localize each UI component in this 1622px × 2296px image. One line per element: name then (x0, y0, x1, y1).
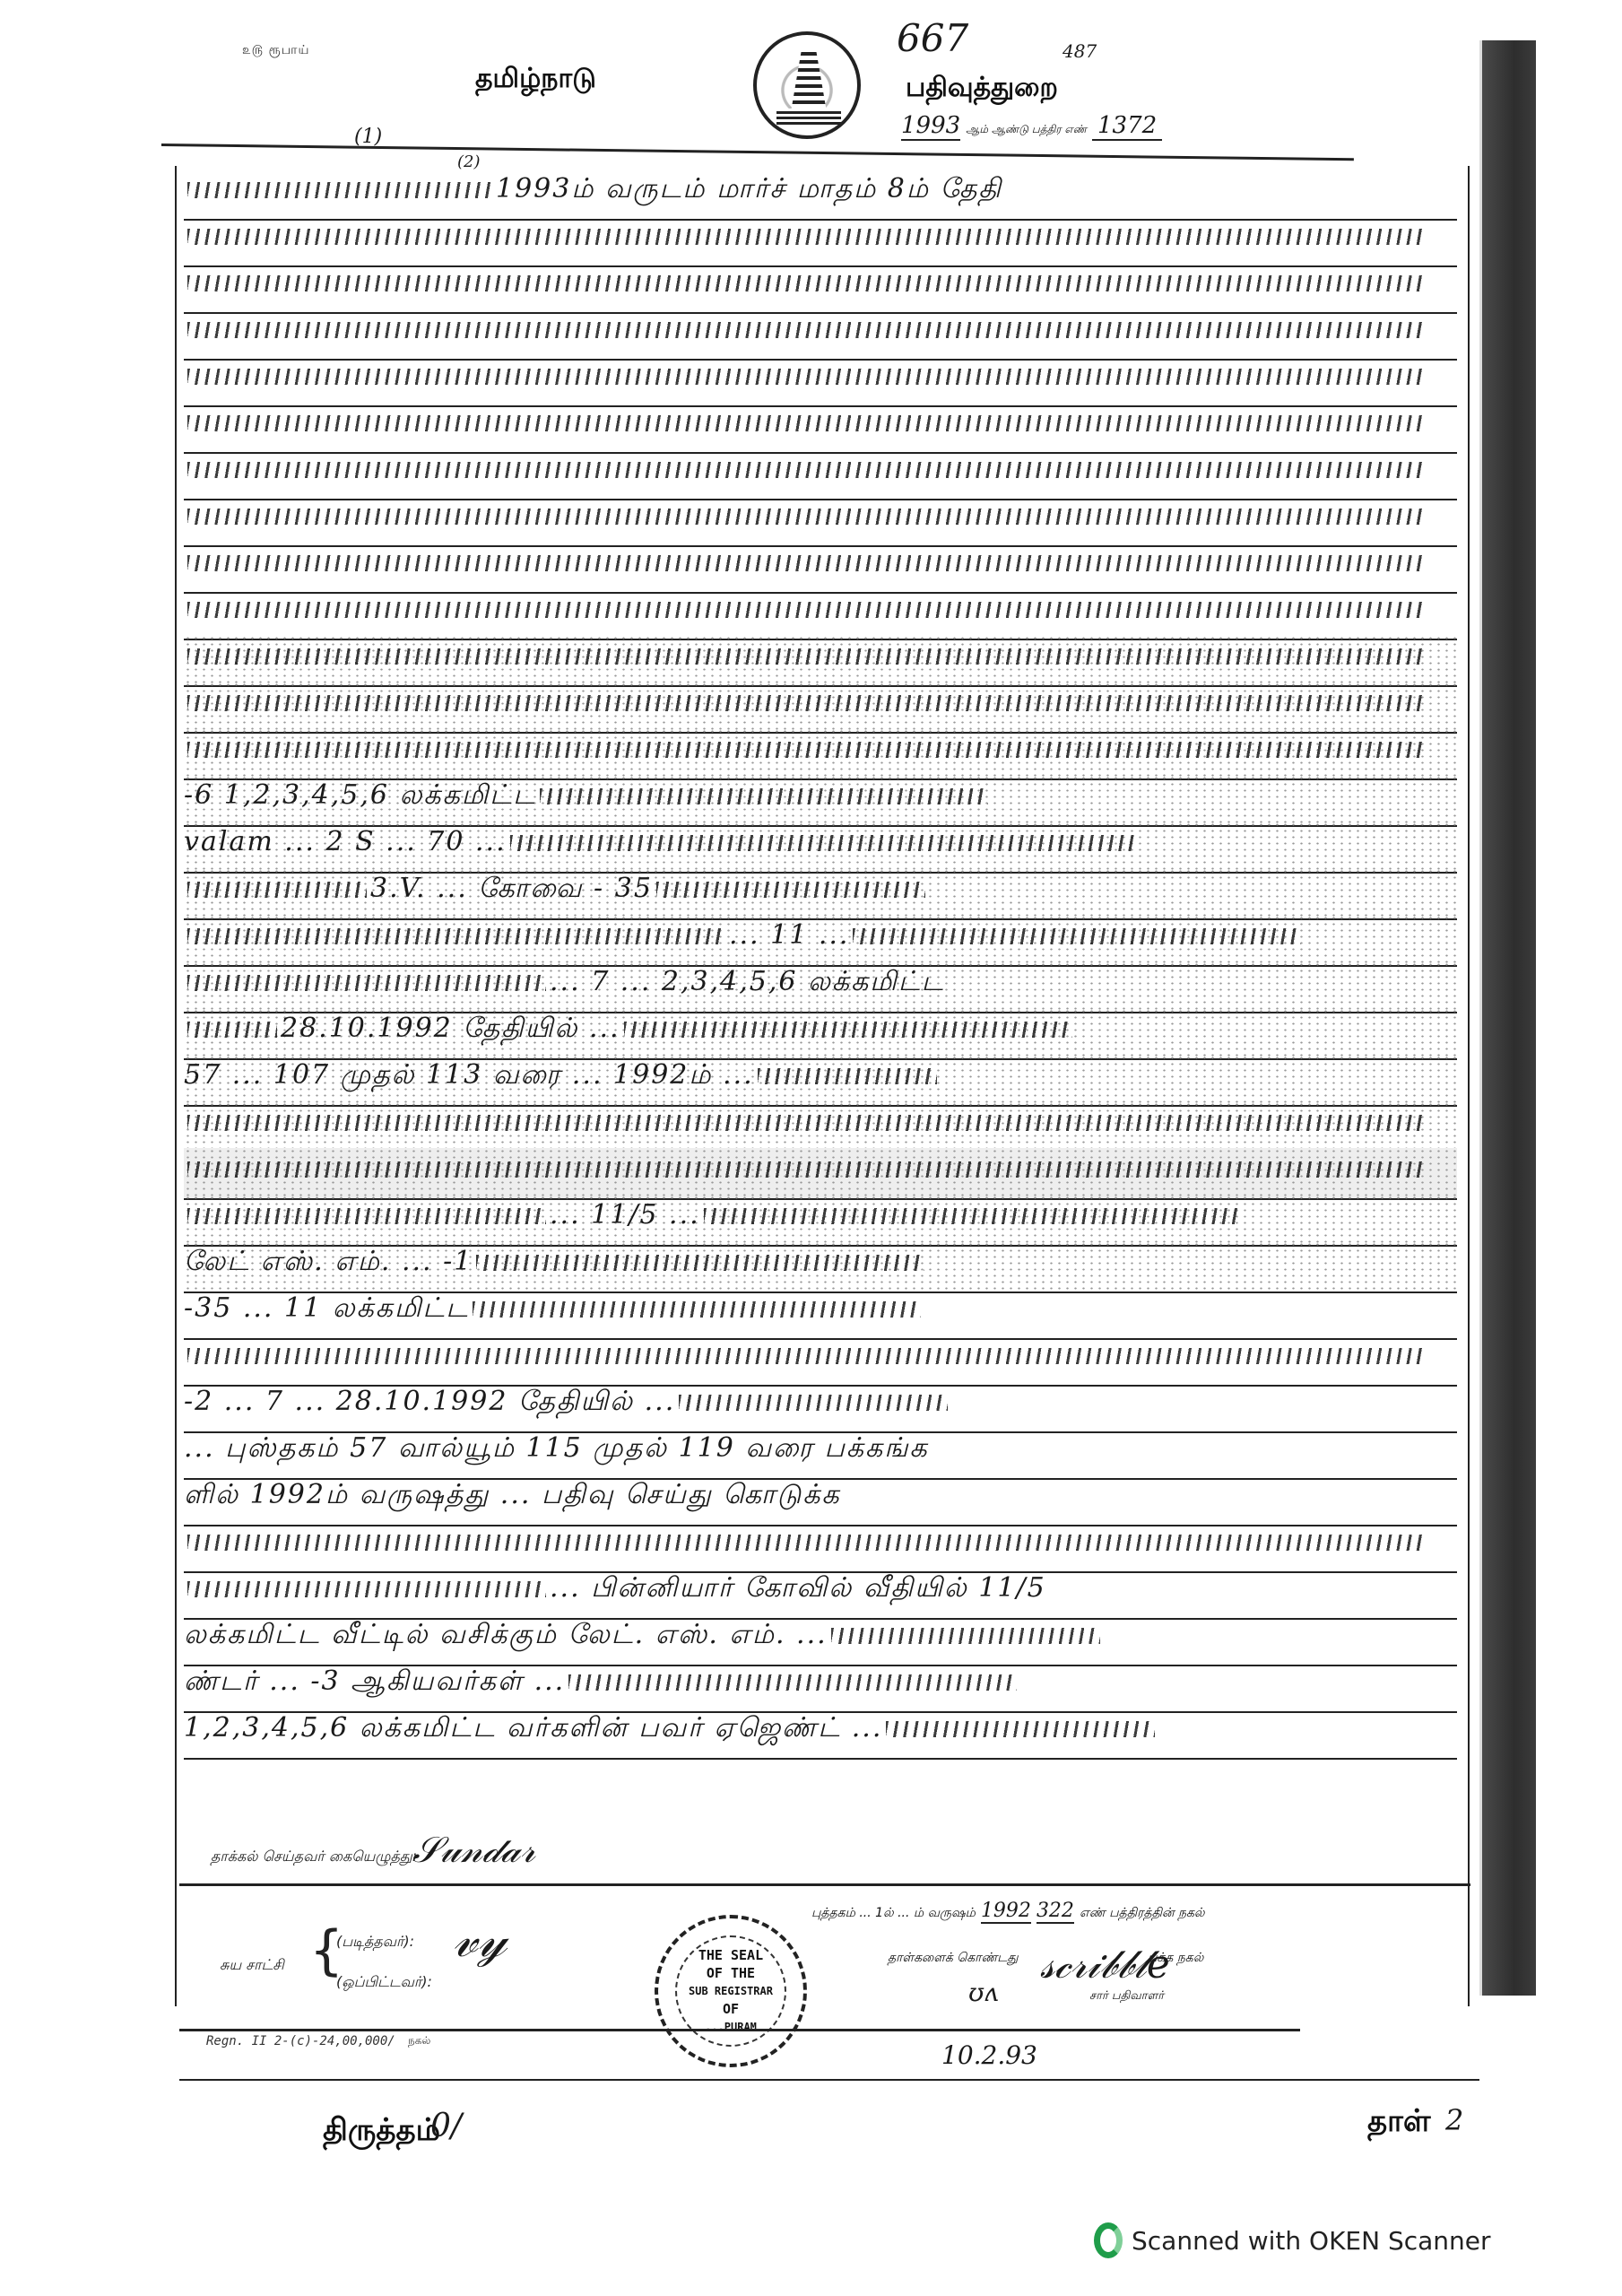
registration-number: 1372 (1092, 112, 1162, 141)
body-line-28: ... புஸ்தகம் 57 வால்யூம் 115 முதல் 119 வ… (184, 1428, 1457, 1480)
registrar-label: சார் பதிவாளர் (1089, 1989, 1164, 2004)
book-year: 1992 (981, 1900, 1031, 1924)
body-line-text: ளில் 1992ம் வருஷத்து ... பதிவு செய்து கொ… (184, 1479, 841, 1510)
emblem-base (776, 109, 841, 125)
oken-scanner-logo-icon (1094, 2222, 1123, 2258)
book-reference-line: புத்தகம் ... 1ல் ... ம் வருஷம் 1992 322 … (811, 1900, 1205, 1924)
body-line-25: -35 ... 11 லக்கமிட்ட (184, 1288, 1457, 1340)
body-line-16: 3.V. ... கோவை - 35 (184, 868, 1457, 920)
body-line-24: லேட் எஸ். எம். ... -1 (184, 1241, 1457, 1293)
body-line-text: 1,2,3,4,5,6 லக்கமிட்ட வர்களின் பவர் ஏஜெண… (184, 1712, 882, 1744)
seal-line: THE SEAL (698, 1946, 763, 1964)
scanner-watermark: Scanned with OKEN Scanner (1094, 2222, 1491, 2258)
body-line-17: ... 11 ... (184, 915, 1457, 967)
book-label-suffix: எண் பத்திரத்தின் நகல் (1080, 1906, 1205, 1922)
body-line-text: ... 7 ... 2,3,4,5,6 லக்கமிட்ட (550, 966, 945, 997)
form-code-suffix: நகல் (408, 2034, 430, 2048)
witness-label: சுய சாட்சி (220, 1955, 300, 1975)
registrar-signature: 𝓈𝒸𝓇𝒾𝒷𝒷𝓁𝑒 (1040, 1942, 1170, 1987)
form-code: Regn. II 2-(c)-24,00,000/ (206, 2034, 395, 2048)
correction-label: திருத்தம் (323, 2112, 440, 2152)
body-line-text: -6 1,2,3,4,5,6 லக்கமிட்ட (184, 779, 536, 811)
registration-line-label: ஆம் ஆண்டு பத்திர எண் (966, 123, 1087, 137)
reader-signature: 𝓋𝓎 (453, 1910, 507, 1970)
body-line-31: ... பின்னியார் கோவில் வீதியில் 11/5 (184, 1568, 1457, 1620)
body-line-33: ண்டர் ... -3 ஆகியவர்கள் ... (184, 1661, 1457, 1713)
registration-year: 1993 (901, 112, 960, 141)
body-line-text: ... 11 ... (729, 919, 849, 951)
body-line-15: valam ... 2 S ... 70 ... (184, 822, 1457, 874)
body-line-29: ளில் 1992ம் வருஷத்து ... பதிவு செய்து கொ… (184, 1474, 1457, 1526)
header-divider (161, 143, 1354, 161)
body-line-text: -2 ... 7 ... 28.10.1992 தேதியில் ... (184, 1386, 675, 1417)
correction-mark: 0/ (430, 2108, 462, 2144)
body-line-text: லேட் எஸ். எம். ... -1 (184, 1246, 473, 1277)
sub-registrar-seal: THE SEAL OF THE SUB REGISTRAR OF ...PURA… (655, 1915, 807, 2067)
body-line-text: ண்டர் ... -3 ஆகியவர்கள் ... (184, 1665, 565, 1697)
handwritten-top-number: 667 (897, 16, 968, 60)
body-line-text: 3.V. ... கோவை - 35 (370, 873, 653, 904)
form-code-divider (179, 2029, 1300, 2031)
handwritten-date: 10.2.93 (941, 2040, 1037, 2070)
state-title: தமிழ்நாடு (475, 63, 596, 98)
department-title: பதிவுத்துறை (906, 72, 1058, 107)
tamil-nadu-emblem-icon (753, 31, 861, 139)
seal-line: OF (723, 2000, 739, 2018)
body-line-21 (184, 1101, 1457, 1153)
scan-binding-edge (1479, 40, 1536, 1996)
presenter-signature-label: தாக்கல் செய்தவர் கையெழுத்து: (211, 1848, 417, 1866)
body-line-4 (184, 309, 1457, 361)
body-line-1: 1993ம் வருடம் மார்ச் மாதம் 8ம் தேதி (184, 169, 1457, 221)
body-line-19: 28.10.1992 தேதியில் ... (184, 1008, 1457, 1060)
reader-label: (படித்தவர்): (336, 1933, 414, 1952)
page-number: 2 (1445, 2103, 1463, 2137)
page-ref-number: 487 (1063, 40, 1097, 62)
body-line-18: ... 7 ... 2,3,4,5,6 லக்கமிட்ட (184, 961, 1457, 1013)
body-line-text: ... 11/5 ... (550, 1199, 700, 1231)
seal-line: ...PURAM (705, 2018, 757, 2036)
body-line-7 (184, 448, 1457, 500)
body-line-11 (184, 635, 1457, 687)
body-line-23: ... 11/5 ... (184, 1195, 1457, 1247)
body-line-text: லக்கமிட்ட வீட்டில் வசிக்கும் லேட். எஸ். … (184, 1619, 828, 1650)
form-bottom-divider (179, 2079, 1479, 2081)
presenter-signature: 𝒮𝓊𝓃𝒹𝒶𝓇 (412, 1830, 535, 1871)
book-label-prefix: புத்தகம் ... 1ல் ... ம் வருஷம் (811, 1906, 976, 1922)
body-line-10 (184, 588, 1457, 640)
body-line-5 (184, 355, 1457, 407)
body-line-text: 1993ம் வருடம் மார்ச் மாதம் 8ம் தேதி (496, 173, 1002, 204)
body-line-text: 28.10.1992 தேதியில் ... (281, 1013, 620, 1044)
body-line-text: 57 ... 107 முதல் 113 வரை ... 1992ம் ... (184, 1059, 754, 1091)
watermark-text: Scanned with OKEN Scanner (1132, 2226, 1491, 2256)
body-line-27: -2 ... 7 ... 28.10.1992 தேதியில் ... (184, 1381, 1457, 1433)
body-line-2 (184, 215, 1457, 267)
body-line-6 (184, 402, 1457, 454)
pages-count-label: தாள்களைக் கொண்டது (888, 1951, 1019, 1967)
seal-line: OF THE (707, 1964, 755, 1982)
signature-section-divider (179, 1883, 1470, 1886)
stamp-value-text: ௨௫ ரூபாய் (242, 43, 310, 59)
body-line-12 (184, 682, 1457, 734)
body-line-26 (184, 1335, 1457, 1387)
book-number: 322 (1037, 1900, 1074, 1924)
page-label: தாள் (1367, 2103, 1431, 2143)
registration-number-line: 1993 ஆம் ஆண்டு பத்திர எண் 1372 (901, 112, 1162, 141)
body-line-8 (184, 495, 1457, 547)
margin-mark-left: (1) (354, 126, 382, 148)
temple-tower-icon (791, 49, 827, 112)
body-line-32: லக்கமிட்ட வீட்டில் வசிக்கும் லேட். எஸ். … (184, 1614, 1457, 1666)
body-line-text: ... பின்னியார் கோவில் வீதியில் 11/5 (550, 1572, 1046, 1604)
body-line-text: -35 ... 11 லக்கமிட்ட (184, 1292, 469, 1324)
body-line-3 (184, 262, 1457, 314)
body-line-text: valam ... 2 S ... 70 ... (184, 826, 507, 857)
examiner-label: (ஒப்பிட்டவர்): (336, 1973, 432, 1992)
body-line-text: ... புஸ்தகம் 57 வால்யூம் 115 முதல் 119 வ… (184, 1432, 929, 1464)
seal-line: SUB REGISTRAR (689, 1982, 773, 2000)
body-line-13 (184, 728, 1457, 780)
body-line-34: 1,2,3,4,5,6 லக்கமிட்ட வர்களின் பவர் ஏஜெண… (184, 1708, 1457, 1760)
body-line-9 (184, 542, 1457, 594)
registrar-initials: ʊʌ (968, 1978, 998, 2007)
body-line-14: -6 1,2,3,4,5,6 லக்கமிட்ட (184, 775, 1457, 827)
body-line-22 (184, 1148, 1457, 1200)
body-line-20: 57 ... 107 முதல் 113 வரை ... 1992ம் ... (184, 1055, 1457, 1107)
body-line-30 (184, 1521, 1457, 1573)
